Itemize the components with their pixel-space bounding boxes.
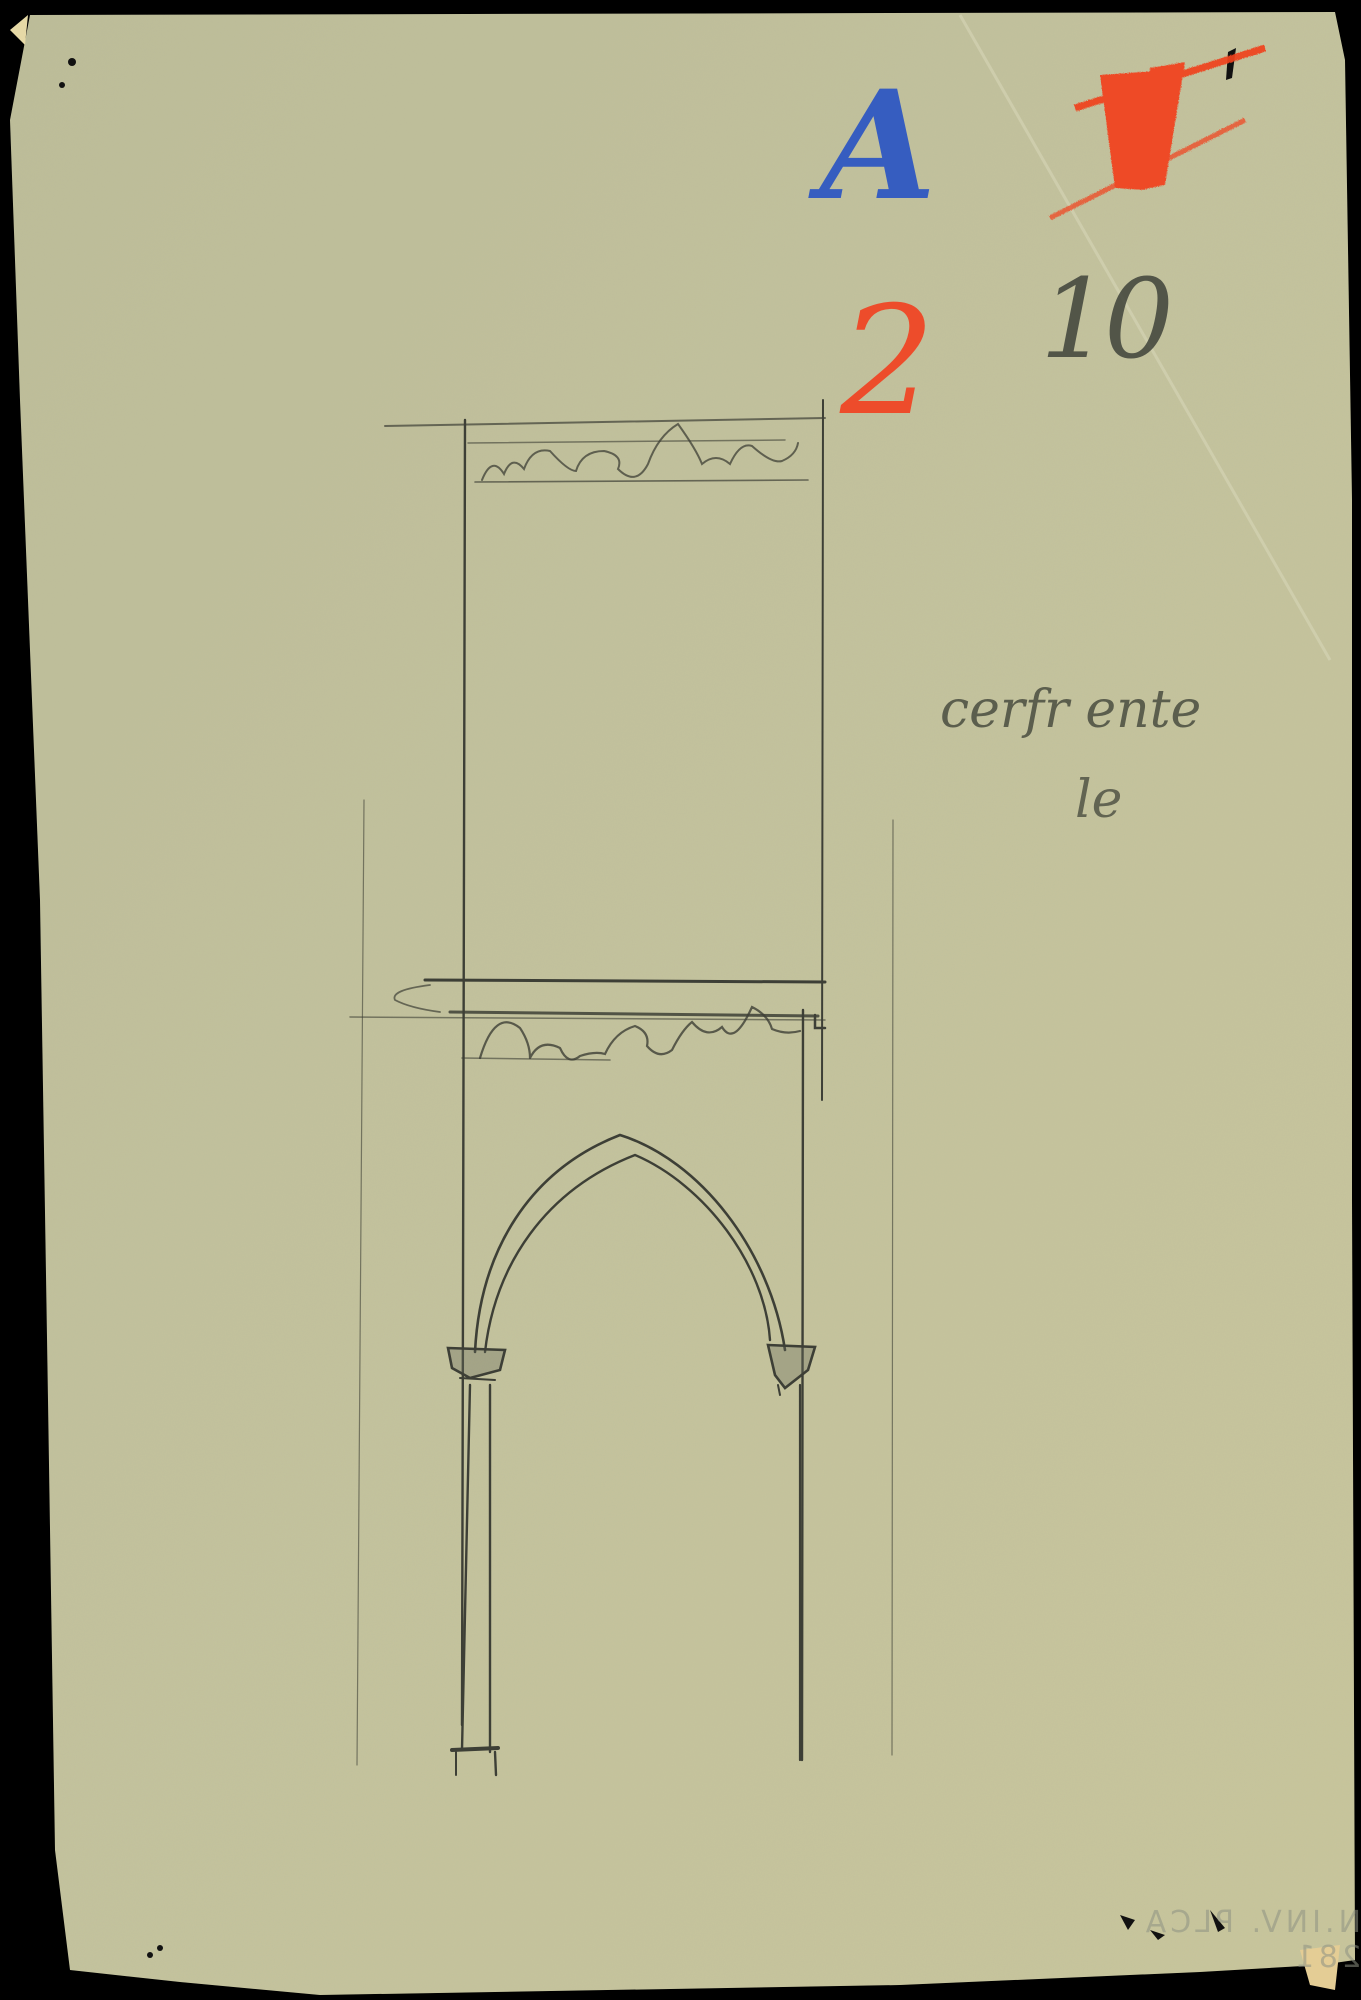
paper-sheet <box>10 12 1355 1995</box>
paper-hole <box>59 82 65 88</box>
scanned-sheet <box>0 0 1361 2000</box>
corner-curl-top-left <box>10 15 28 45</box>
cornice-top <box>425 980 825 982</box>
paper-hole <box>157 1945 163 1951</box>
bay-right-edge-upper <box>822 400 823 1100</box>
bay-right-edge-lower <box>802 1010 803 1760</box>
paper-hole <box>147 1952 153 1958</box>
corner-curl-bottom-right <box>1300 1945 1340 1990</box>
paper-hole <box>68 58 76 66</box>
left-column-base <box>452 1748 498 1750</box>
